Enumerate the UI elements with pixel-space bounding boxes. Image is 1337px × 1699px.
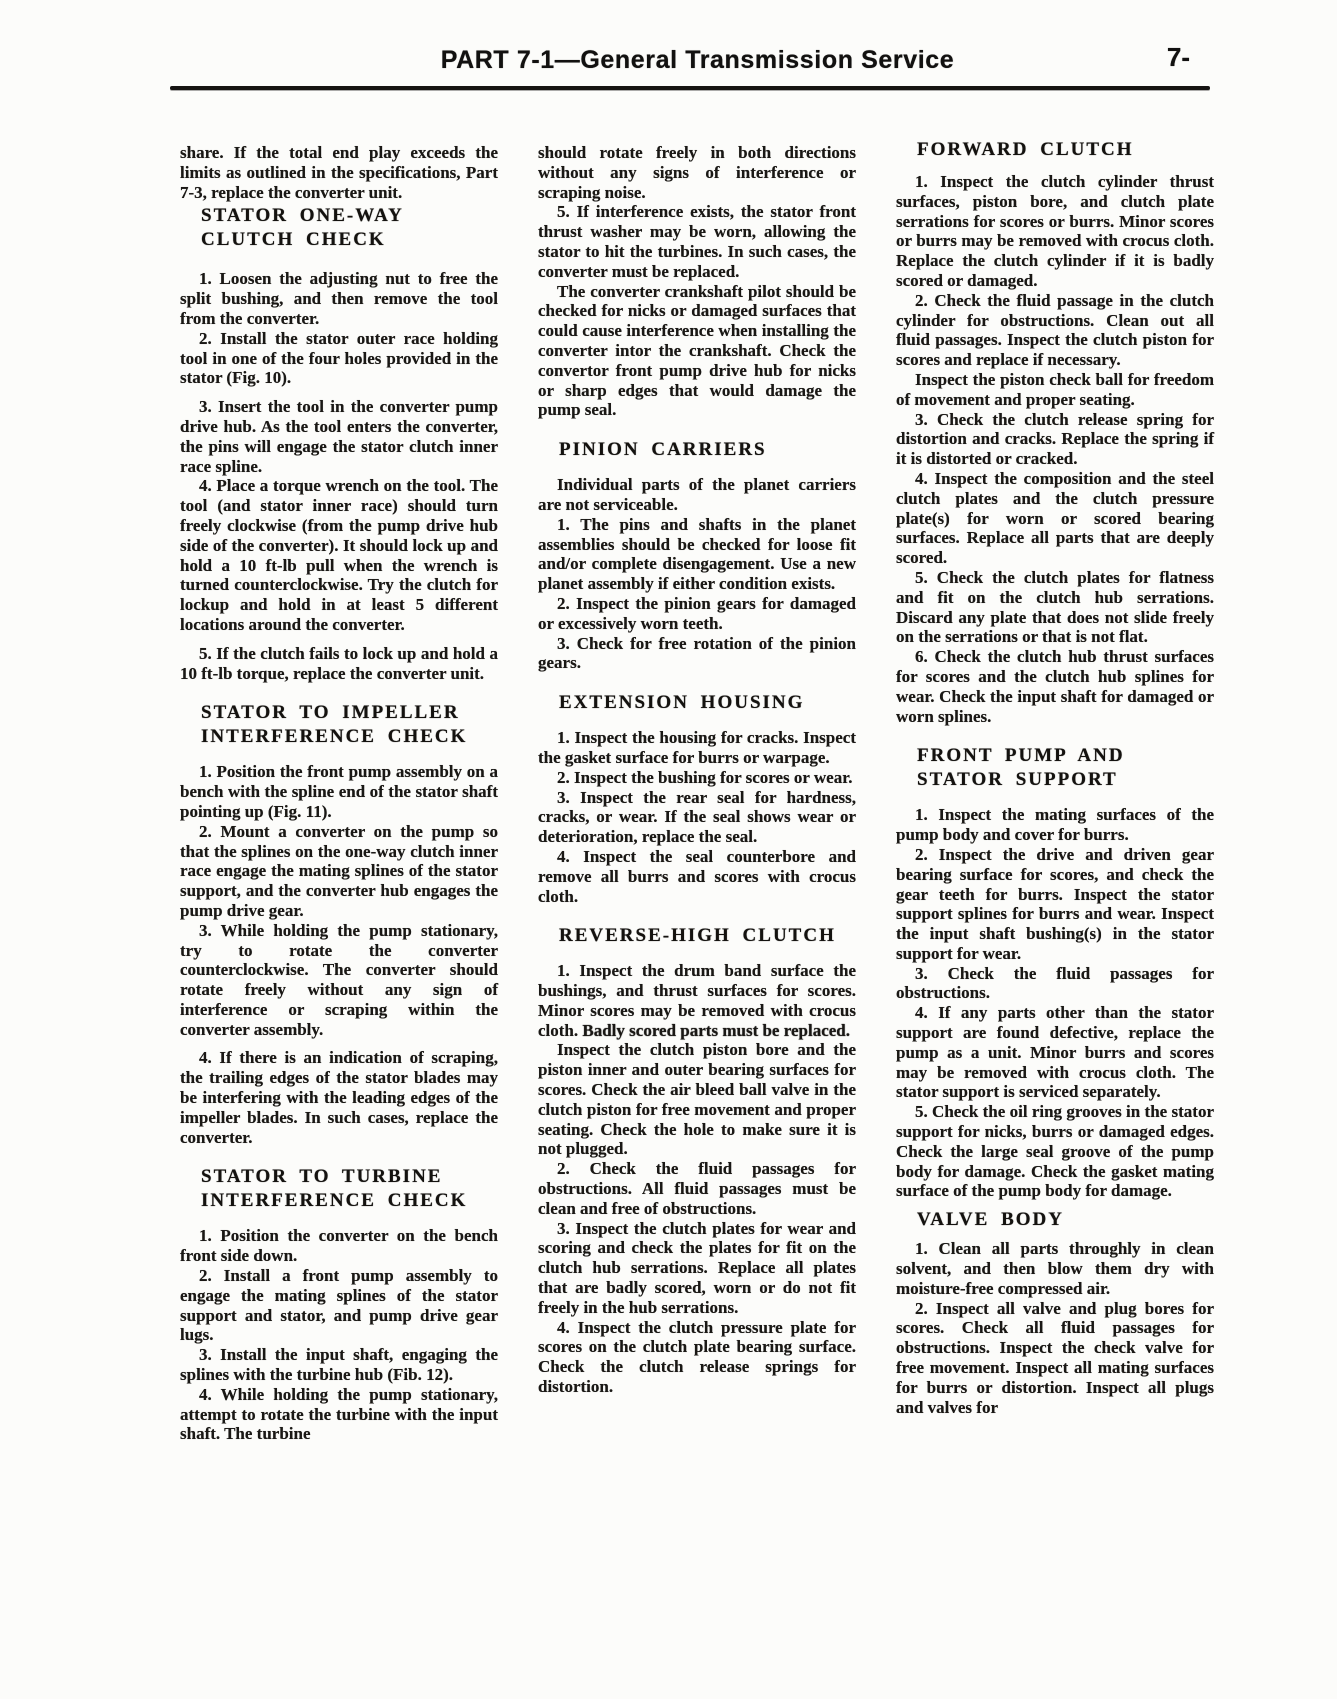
paragraph-text: 4. If any parts other than the stator su… — [896, 1003, 1214, 1101]
paragraph-text: 5. Check the oil ring grooves in the sta… — [896, 1102, 1214, 1200]
paragraph-text: 3. Check the fluid passages for obstruct… — [896, 964, 1214, 1003]
paragraph-text: 4. Inspect the composition and the steel… — [896, 469, 1214, 567]
paragraph-text: 1. Inspect the housing for cracks. Inspe… — [538, 728, 856, 767]
paragraph-text: 2. Mount a converter on the pump so that… — [180, 822, 498, 920]
section-heading: VALVE BODY — [896, 1208, 1214, 1232]
paragraph-text: share. If the total end play exceeds the… — [180, 143, 498, 202]
paragraph-text: 2. Install a front pump assembly to enga… — [180, 1266, 498, 1344]
body-paragraph: 4. If any parts other than the stator su… — [896, 1003, 1214, 1102]
paragraph-text: 3. While holding the pump stationary, tr… — [180, 921, 498, 1039]
body-paragraph: 1. Inspect the clutch cylinder thrust su… — [896, 172, 1214, 291]
paragraph-text: 3. Check the clutch release spring for d… — [896, 410, 1214, 469]
body-paragraph: 2. Inspect the bushing for scores or wea… — [538, 768, 856, 788]
paragraph-text: 4. If there is an indication of scraping… — [180, 1048, 498, 1146]
text-column-3: FORWARD CLUTCH1. Inspect the clutch cyli… — [896, 143, 1214, 1417]
body-paragraph: The converter crankshaft pilot should be… — [538, 282, 856, 421]
body-paragraph: 1. Inspect the mating surfaces of the pu… — [896, 805, 1214, 845]
paragraph-text: 3. Inspect the clutch plates for wear an… — [538, 1219, 856, 1317]
body-paragraph: 2. Install a front pump assembly to enga… — [180, 1266, 498, 1345]
body-paragraph: 4. While holding the pump stationary, at… — [180, 1385, 498, 1444]
paragraph-text: Inspect the clutch piston bore and the p… — [538, 1040, 856, 1158]
body-paragraph: 3. Inspect the rear seal for hardness, c… — [538, 788, 856, 847]
paragraph-text: 6. Check the clutch hub thrust surfaces … — [896, 647, 1214, 725]
paragraph-text: 2. Install the stator outer race holding… — [180, 329, 498, 388]
body-paragraph: 4. If there is an indication of scraping… — [180, 1048, 498, 1147]
body-paragraph: 4. Place a torque wrench on the tool. Th… — [180, 476, 498, 634]
body-paragraph: 1. Loosen the adjusting nut to free the … — [180, 269, 498, 328]
body-paragraph: should rotate freely in both directions … — [538, 143, 856, 202]
paragraph-text: 2. Inspect the bushing for scores or wea… — [557, 768, 852, 787]
paragraph-text: 4. Place a torque wrench on the tool. Th… — [180, 476, 498, 634]
section-heading: STATOR TO IMPELLER INTERFERENCE CHECK — [180, 701, 498, 749]
paragraph-text: 5. If the clutch fails to lock up and ho… — [180, 644, 498, 683]
section-heading: STATOR ONE-WAY CLUTCH CHECK — [180, 204, 498, 252]
page-number: 7- — [1167, 42, 1190, 73]
body-paragraph: 3. Check the clutch release spring for d… — [896, 410, 1214, 469]
paragraph-text: should rotate freely in both directions … — [538, 143, 856, 202]
body-paragraph: 3. Check the fluid passages for obstruct… — [896, 964, 1214, 1004]
paragraph-text: 1. Position the converter on the bench f… — [180, 1226, 498, 1265]
body-paragraph: 5. Check the clutch plates for flatness … — [896, 568, 1214, 647]
body-paragraph: share. If the total end play exceeds the… — [180, 143, 498, 202]
paragraph-text: 4. While holding the pump stationary, at… — [180, 1385, 498, 1444]
paragraph-text: 3. Check for free rotation of the pinion… — [538, 634, 856, 673]
text-column-1: share. If the total end play exceeds the… — [180, 143, 498, 1444]
paragraph-text: 1. Loosen the adjusting nut to free the … — [180, 269, 498, 328]
page-header: PART 7-1—General Transmission Service 7- — [0, 0, 1337, 46]
body-paragraph: 2. Install the stator outer race holding… — [180, 329, 498, 388]
paragraph-text: 1. The pins and shafts in the planet ass… — [538, 515, 856, 593]
body-paragraph: 2. Inspect all valve and plug bores for … — [896, 1299, 1214, 1418]
paragraph-text: 1. Inspect the clutch cylinder thrust su… — [896, 172, 1214, 290]
body-paragraph: 1. The pins and shafts in the planet ass… — [538, 515, 856, 594]
paragraph-text: 1. Position the front pump assembly on a… — [180, 762, 498, 821]
body-paragraph: 3. Check for free rotation of the pinion… — [538, 634, 856, 674]
text-column-2: should rotate freely in both directions … — [538, 143, 856, 1397]
body-paragraph: Individual parts of the planet carriers … — [538, 475, 856, 515]
body-paragraph: 1. Clean all parts throughly in clean so… — [896, 1239, 1214, 1298]
text-columns: share. If the total end play exceeds the… — [180, 143, 1216, 1444]
body-paragraph: 1. Position the converter on the bench f… — [180, 1226, 498, 1266]
paragraph-text: 4. Inspect the clutch pressure plate for… — [538, 1318, 856, 1396]
body-paragraph: 5. If interference exists, the stator fr… — [538, 202, 856, 281]
paragraph-text: Inspect the piston check ball for freedo… — [896, 370, 1214, 409]
section-heading: PINION CARRIERS — [538, 438, 856, 462]
paragraph-text: 5. If interference exists, the stator fr… — [538, 202, 856, 280]
paragraph-text: 5. Check the clutch plates for flatness … — [896, 568, 1214, 646]
page-title: PART 7-1—General Transmission Service — [0, 46, 1337, 75]
body-paragraph: 5. Check the oil ring grooves in the sta… — [896, 1102, 1214, 1201]
paragraph-text: 2. Inspect the drive and driven gear bea… — [896, 845, 1214, 963]
paragraph-text: 2. Check the fluid passage in the clutch… — [896, 291, 1214, 369]
body-paragraph: 3. Inspect the clutch plates for wear an… — [538, 1219, 856, 1318]
body-paragraph: 2. Mount a converter on the pump so that… — [180, 822, 498, 921]
paragraph-text: The converter crankshaft pilot should be… — [538, 282, 856, 420]
body-paragraph: 5. If the clutch fails to lock up and ho… — [180, 644, 498, 684]
section-heading: FORWARD CLUTCH — [896, 138, 1214, 162]
body-paragraph: Inspect the piston check ball for freedo… — [896, 370, 1214, 410]
paragraph-text: 2. Check the fluid passages for obstruct… — [538, 1159, 856, 1218]
section-heading: FRONT PUMP AND STATOR SUPPORT — [896, 744, 1214, 792]
paragraph-text: 2. Inspect all valve and plug bores for … — [896, 1299, 1214, 1417]
header-rule-divider — [170, 86, 1210, 90]
body-paragraph: 2. Inspect the drive and driven gear bea… — [896, 845, 1214, 964]
body-paragraph: 1. Inspect the housing for cracks. Inspe… — [538, 728, 856, 768]
body-paragraph: Inspect the clutch piston bore and the p… — [538, 1040, 856, 1159]
body-paragraph: 1. Position the front pump assembly on a… — [180, 762, 498, 821]
manual-page: PART 7-1—General Transmission Service 7-… — [0, 0, 1337, 1699]
section-heading: EXTENSION HOUSING — [538, 691, 856, 715]
body-paragraph: 3. Insert the tool in the converter pump… — [180, 397, 498, 476]
paragraph-text: Individual parts of the planet carriers … — [538, 475, 856, 514]
section-heading: STATOR TO TURBINE INTERFERENCE CHECK — [180, 1165, 498, 1213]
body-paragraph: 2. Check the fluid passages for obstruct… — [538, 1159, 856, 1218]
paragraph-text: 1. Inspect the mating surfaces of the pu… — [896, 805, 1214, 844]
paragraph-text: 3. Inspect the rear seal for hardness, c… — [538, 788, 856, 847]
body-paragraph: 1. Inspect the drum band surface the bus… — [538, 961, 856, 1040]
paragraph-text: 3. Install the input shaft, engaging the… — [180, 1345, 498, 1384]
bold-emphasis-text: Badly scored parts must be replaced. — [582, 1021, 850, 1040]
body-paragraph: 6. Check the clutch hub thrust surfaces … — [896, 647, 1214, 726]
body-paragraph: 4. Inspect the clutch pressure plate for… — [538, 1318, 856, 1397]
paragraph-text: 4. Inspect the seal counterbore and remo… — [538, 847, 856, 906]
body-paragraph: 4. Inspect the composition and the steel… — [896, 469, 1214, 568]
body-paragraph: 3. While holding the pump stationary, tr… — [180, 921, 498, 1040]
body-paragraph: 3. Install the input shaft, engaging the… — [180, 1345, 498, 1385]
body-paragraph: 4. Inspect the seal counterbore and remo… — [538, 847, 856, 906]
paragraph-text: 1. Clean all parts throughly in clean so… — [896, 1239, 1214, 1298]
body-paragraph: 2. Check the fluid passage in the clutch… — [896, 291, 1214, 370]
section-heading: REVERSE-HIGH CLUTCH — [538, 924, 856, 948]
paragraph-text: 3. Insert the tool in the converter pump… — [180, 397, 498, 475]
paragraph-text: 2. Inspect the pinion gears for damaged … — [538, 594, 856, 633]
body-paragraph: 2. Inspect the pinion gears for damaged … — [538, 594, 856, 634]
